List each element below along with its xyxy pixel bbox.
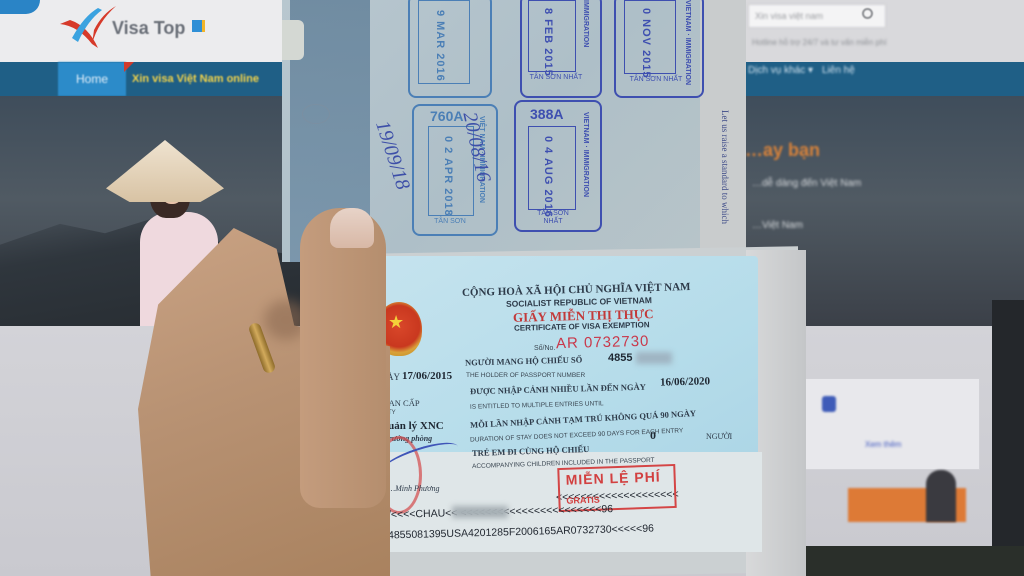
nav-services[interactable]: Dịch vụ khác ▾: [748, 64, 813, 78]
issue-date: 17/06/2015: [402, 370, 452, 382]
children-unit: NGƯỜI: [706, 432, 732, 441]
passport-number: 4855: [608, 352, 632, 364]
entry-stamp: 9 MAR 2016: [408, 0, 492, 98]
thumbnail: [330, 208, 374, 248]
info-card: [800, 378, 980, 470]
redacted-passport-number: [636, 352, 672, 364]
monitor-bezel: [992, 300, 1024, 576]
document-icon: [822, 396, 836, 412]
desk: [780, 546, 1024, 576]
nav-online-visa[interactable]: Xin visa Việt Nam online: [132, 62, 259, 96]
nav-home[interactable]: Home: [58, 62, 126, 96]
info-card-link[interactable]: Xem thêm: [865, 440, 901, 449]
hero-line-1: …dễ dàng đến Việt Nam: [752, 178, 861, 189]
fee-exemption-vn: MIỄN LỆ PHÍ: [565, 468, 661, 487]
entry-stamp: 0 NOV 2015 VIETNAM · IMMIGRATION TÂN SƠN…: [614, 0, 704, 98]
page-corner: [282, 20, 304, 60]
watermark-icon: [302, 104, 330, 124]
emblem-star-icon: ★: [388, 312, 404, 333]
logo-badge-icon: [192, 20, 205, 32]
redacted-name: [452, 506, 508, 518]
nav-contact[interactable]: Liên hệ: [822, 64, 855, 78]
header-subtext: Hotline hỗ trợ 24/7 và tư vấn miễn phí: [752, 38, 887, 47]
serial-label: Số/No.: [534, 345, 555, 352]
authority-department: quản lý XNC: [382, 420, 444, 432]
serial-number: AR 0732730: [556, 333, 650, 352]
promo-person: [926, 470, 956, 522]
holder-label-en: THE HOLDER OF PASSPORT NUMBER: [466, 372, 585, 379]
valid-until-date: 16/06/2020: [660, 375, 710, 388]
signer-name: …Minh Phương: [388, 484, 440, 493]
hero-title: …ay bạn: [745, 140, 820, 161]
hero-line-2: …Việt Nam: [752, 220, 803, 231]
logo-checkmark-icon: [58, 4, 118, 50]
children-count: 0: [650, 428, 656, 443]
logo-text[interactable]: Visa Top: [112, 18, 185, 39]
thumb: [300, 208, 386, 508]
passport-motto-upper: Let us raise a standard to which: [716, 110, 730, 260]
entry-stamp: 388A 0 4 AUG 2016 VIETNAM · IMMIGRATION …: [514, 100, 602, 232]
search-icon[interactable]: [862, 8, 873, 19]
entry-stamp: 8 FEB 2015 IMMIGRATION TÂN SƠN NHẤT: [520, 0, 602, 98]
